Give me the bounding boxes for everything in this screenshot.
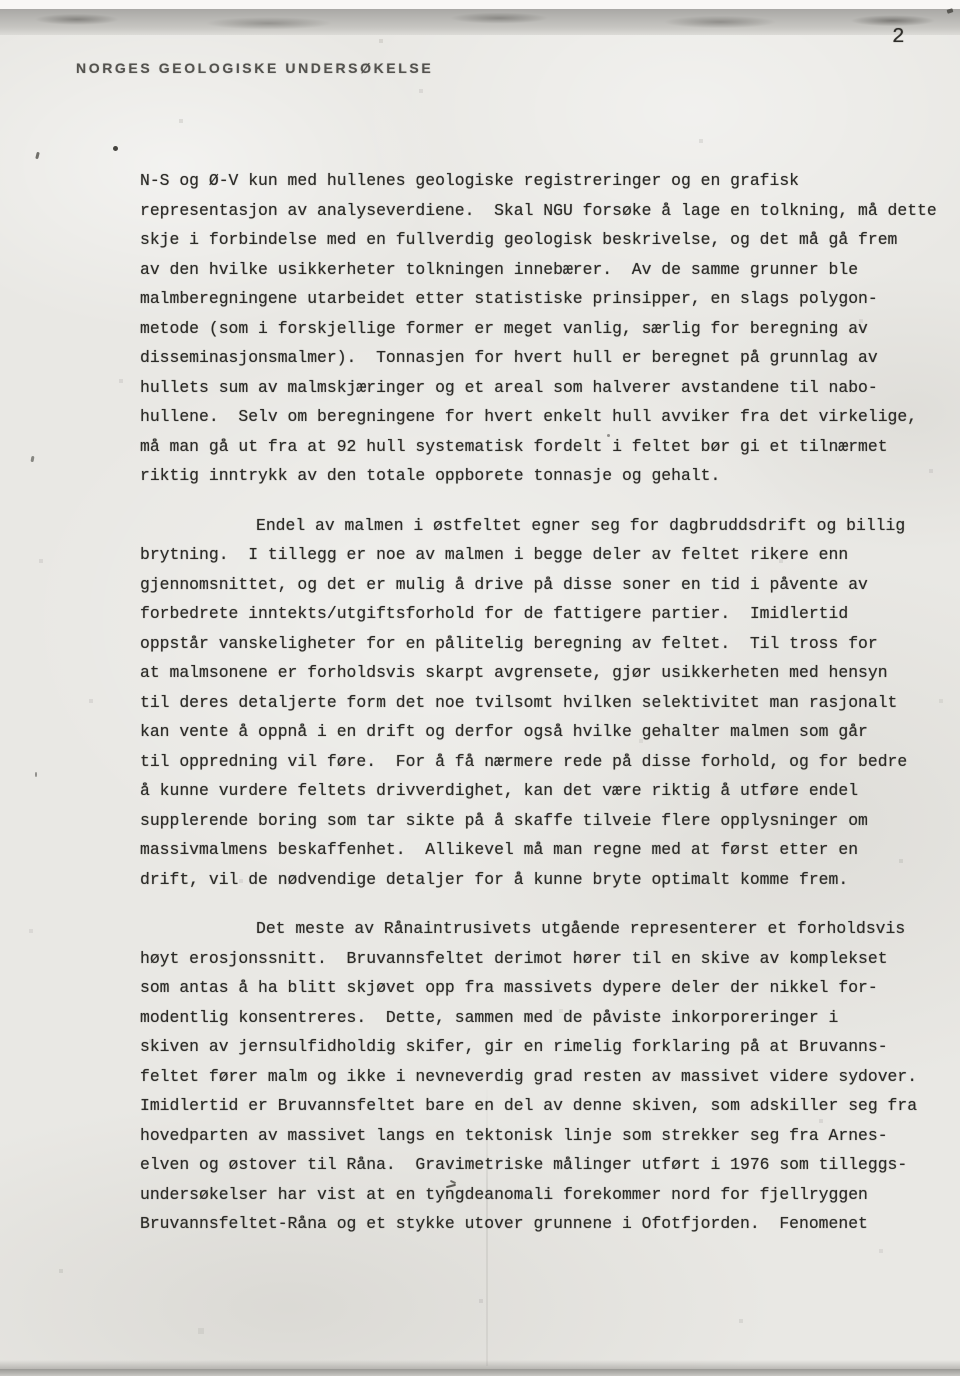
- pencil-annotation-mark: [446, 1181, 458, 1189]
- paper-noise: [0, 0, 2, 2]
- text-line: hovedparten av massivet langs en tektoni…: [140, 1121, 952, 1151]
- text-line: gjennomsnittet, og det er mulig å drive …: [140, 570, 952, 600]
- text-line: supplerende boring som tar sikte på å sk…: [140, 806, 952, 836]
- scan-artifact: [35, 772, 37, 777]
- text-line: må man gå ut fra at 92 hull systematisk …: [140, 432, 952, 462]
- scan-artifact: [607, 434, 610, 437]
- text-line: brytning. I tillegg er noe av malmen i b…: [140, 540, 952, 570]
- paragraph: N-S og Ø-V kun med hullenes geologiske r…: [140, 166, 952, 491]
- text-line: oppstår vanskeligheter for en pålitelig …: [140, 629, 952, 659]
- paragraph: Det meste av Rånaintrusivets utgående re…: [140, 914, 952, 1239]
- text-line: til oppredning vil føre. For å få nærmer…: [140, 747, 952, 777]
- paragraph: Endel av malmen i østfeltet egner seg fo…: [140, 511, 952, 895]
- text-line: N-S og Ø-V kun med hullenes geologiske r…: [140, 166, 952, 196]
- text-line: skje i forbindelse med en fullverdig geo…: [140, 225, 952, 255]
- text-line: elven og østover til Råna. Gravimetriske…: [140, 1150, 952, 1180]
- scanned-document-page: NORGES GEOLOGISKE UNDERSØKELSE 2 N-S og …: [0, 0, 960, 1376]
- text-line: til deres detaljerte form det noe tvilso…: [140, 688, 952, 718]
- text-line: massivmalmens beskaffenhet. Allikevel må…: [140, 835, 952, 865]
- scan-artifact: [31, 456, 35, 462]
- scan-shadow-band: [0, 9, 960, 35]
- text-line: representasjon av analyseverdiene. Skal …: [140, 196, 952, 226]
- text-line: av den hvilke usikkerheter tolkningen in…: [140, 255, 952, 285]
- text-line: malmberegningene utarbeidet etter statis…: [140, 284, 952, 314]
- text-line: forbedrete inntekts/utgiftsforhold for d…: [140, 599, 952, 629]
- text-line: skiven av jernsulfidholdig skifer, gir e…: [140, 1032, 952, 1062]
- text-line: at malmsonene er forholdsvis skarpt avgr…: [140, 658, 952, 688]
- text-line: feltet fører malm og ikke i nevneverdig …: [140, 1062, 952, 1092]
- page-number: 2: [892, 26, 905, 49]
- organization-name: NORGES GEOLOGISKE UNDERSØKELSE: [76, 60, 433, 76]
- scan-artifact: [35, 152, 40, 160]
- text-line: Bruvannsfeltet-Råna og et stykke utover …: [140, 1209, 952, 1239]
- text-line: kan vente å oppnå i en drift og derfor o…: [140, 717, 952, 747]
- text-line: Imidlertid er Bruvannsfeltet bare en del…: [140, 1091, 952, 1121]
- scan-edge-top: [0, 0, 960, 9]
- text-line: Endel av malmen i østfeltet egner seg fo…: [140, 511, 952, 541]
- document-body: N-S og Ø-V kun med hullenes geologiske r…: [140, 166, 952, 1259]
- scan-artifact: [113, 146, 118, 151]
- text-line: disseminasjonsmalmer). Tonnasjen for hve…: [140, 343, 952, 373]
- text-line: hullene. Selv om beregningene for hvert …: [140, 402, 952, 432]
- text-line: å kunne vurdere feltets drivverdighet, k…: [140, 776, 952, 806]
- text-line: drift, vil de nødvendige detaljer for å …: [140, 865, 952, 895]
- text-line: undersøkelser har vist at en tyngdeanoma…: [140, 1180, 952, 1210]
- text-line: som antas å ha blitt skjøvet opp fra mas…: [140, 973, 952, 1003]
- text-line: modentlig konsentreres. Dette, sammen me…: [140, 1003, 952, 1033]
- text-line: metode (som i forskjellige former er meg…: [140, 314, 952, 344]
- scan-edge-bottom-soft: [0, 1360, 960, 1369]
- text-line: høyt erosjonssnitt. Bruvannsfeltet derim…: [140, 944, 952, 974]
- text-line: hullets sum av malmskjæringer og et area…: [140, 373, 952, 403]
- text-line: riktig inntrykk av den totale oppborete …: [140, 461, 952, 491]
- scan-edge-bottom: [0, 1369, 960, 1376]
- text-line: Det meste av Rånaintrusivets utgående re…: [140, 914, 952, 944]
